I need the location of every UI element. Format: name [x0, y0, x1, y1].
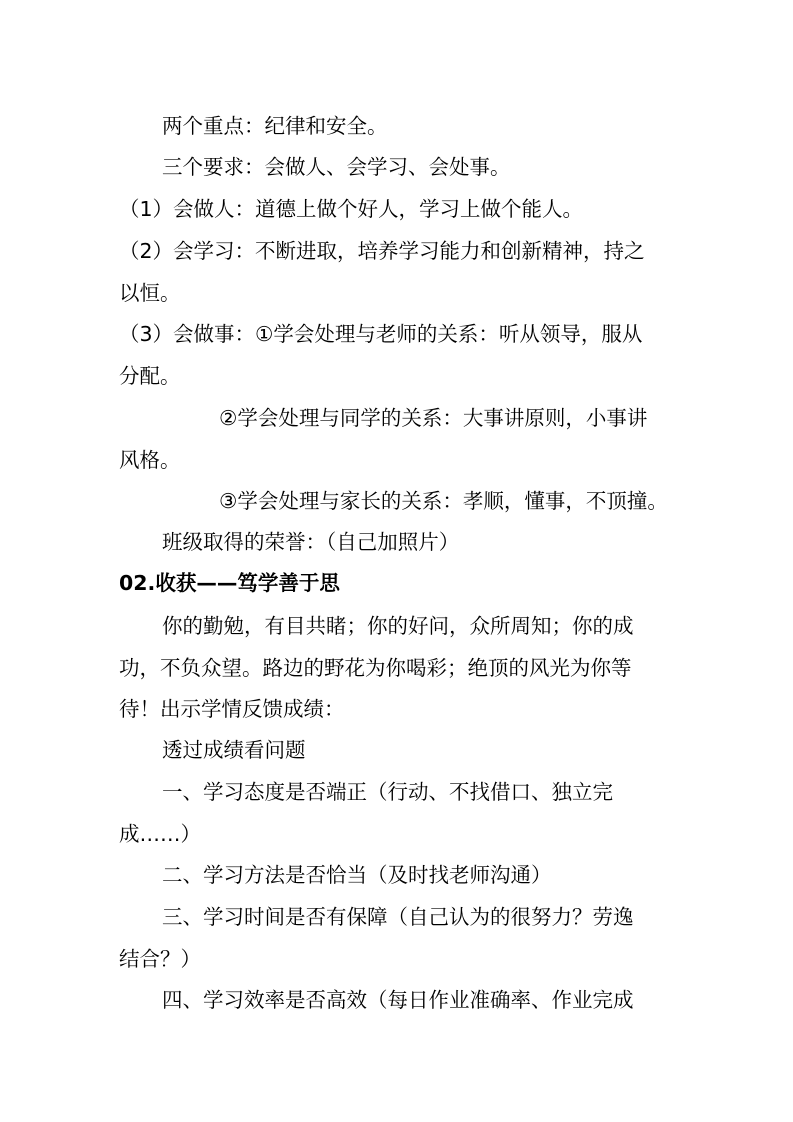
sub-item-classmates: ②学会处理与同学的关系：大事讲原则，小事讲 [219, 404, 647, 432]
document-page: 两个重点：纪律和安全。 三个要求：会做人、会学习、会处事。 （1）会做人：道德上… [0, 0, 793, 1122]
list-item-time: 三、学习时间是否有保障（自己认为的很努力？劳逸 [162, 903, 634, 931]
paragraph-praise-line-1: 你的勤勉，有目共睹；你的好问，众所周知；你的成 [162, 612, 634, 640]
paragraph-class-honors: 班级取得的荣誉：（自己加照片） [162, 528, 459, 556]
list-item-attitude: 一、学习态度是否端正（行动、不找借口、独立完 [162, 778, 613, 806]
section-heading-harvest: 02.收获——笃学善于思 [119, 569, 340, 597]
list-item-do-things: （3）会做事：①学会处理与老师的关系：听从领导，服从 [119, 320, 642, 348]
list-item-efficiency: 四、学习效率是否高效（每日作业准确率、作业完成 [162, 986, 634, 1014]
paragraph-praise-line-3: 待！出示学情反馈成绩： [119, 695, 345, 723]
paragraph-see-problems: 透过成绩看问题 [162, 736, 306, 764]
sub-item-parents: ③学会处理与家长的关系：孝顺，懂事，不顶撞。 [219, 487, 668, 515]
paragraph-two-key-points: 两个重点：纪律和安全。 [162, 112, 388, 140]
list-item-do-things-cont: 分配。 [119, 362, 181, 390]
paragraph-praise-line-2: 功，不负众望。路边的野花为你喝彩；绝顶的风光为你等 [119, 654, 632, 682]
list-item-attitude-cont: 成……） [119, 820, 201, 848]
list-item-time-cont: 结合？） [119, 945, 201, 973]
list-item-learn-cont: 以恒。 [119, 279, 181, 307]
paragraph-three-requirements: 三个要求：会做人、会学习、会处事。 [162, 153, 511, 181]
sub-item-classmates-cont: 风格。 [119, 446, 181, 474]
list-item-method: 二、学习方法是否恰当（及时找老师沟通） [162, 861, 552, 889]
list-item-learn: （2）会学习：不断进取，培养学习能力和创新精神，持之 [119, 237, 645, 265]
list-item-be-person: （1）会做人：道德上做个好人，学习上做个能人。 [119, 195, 583, 223]
